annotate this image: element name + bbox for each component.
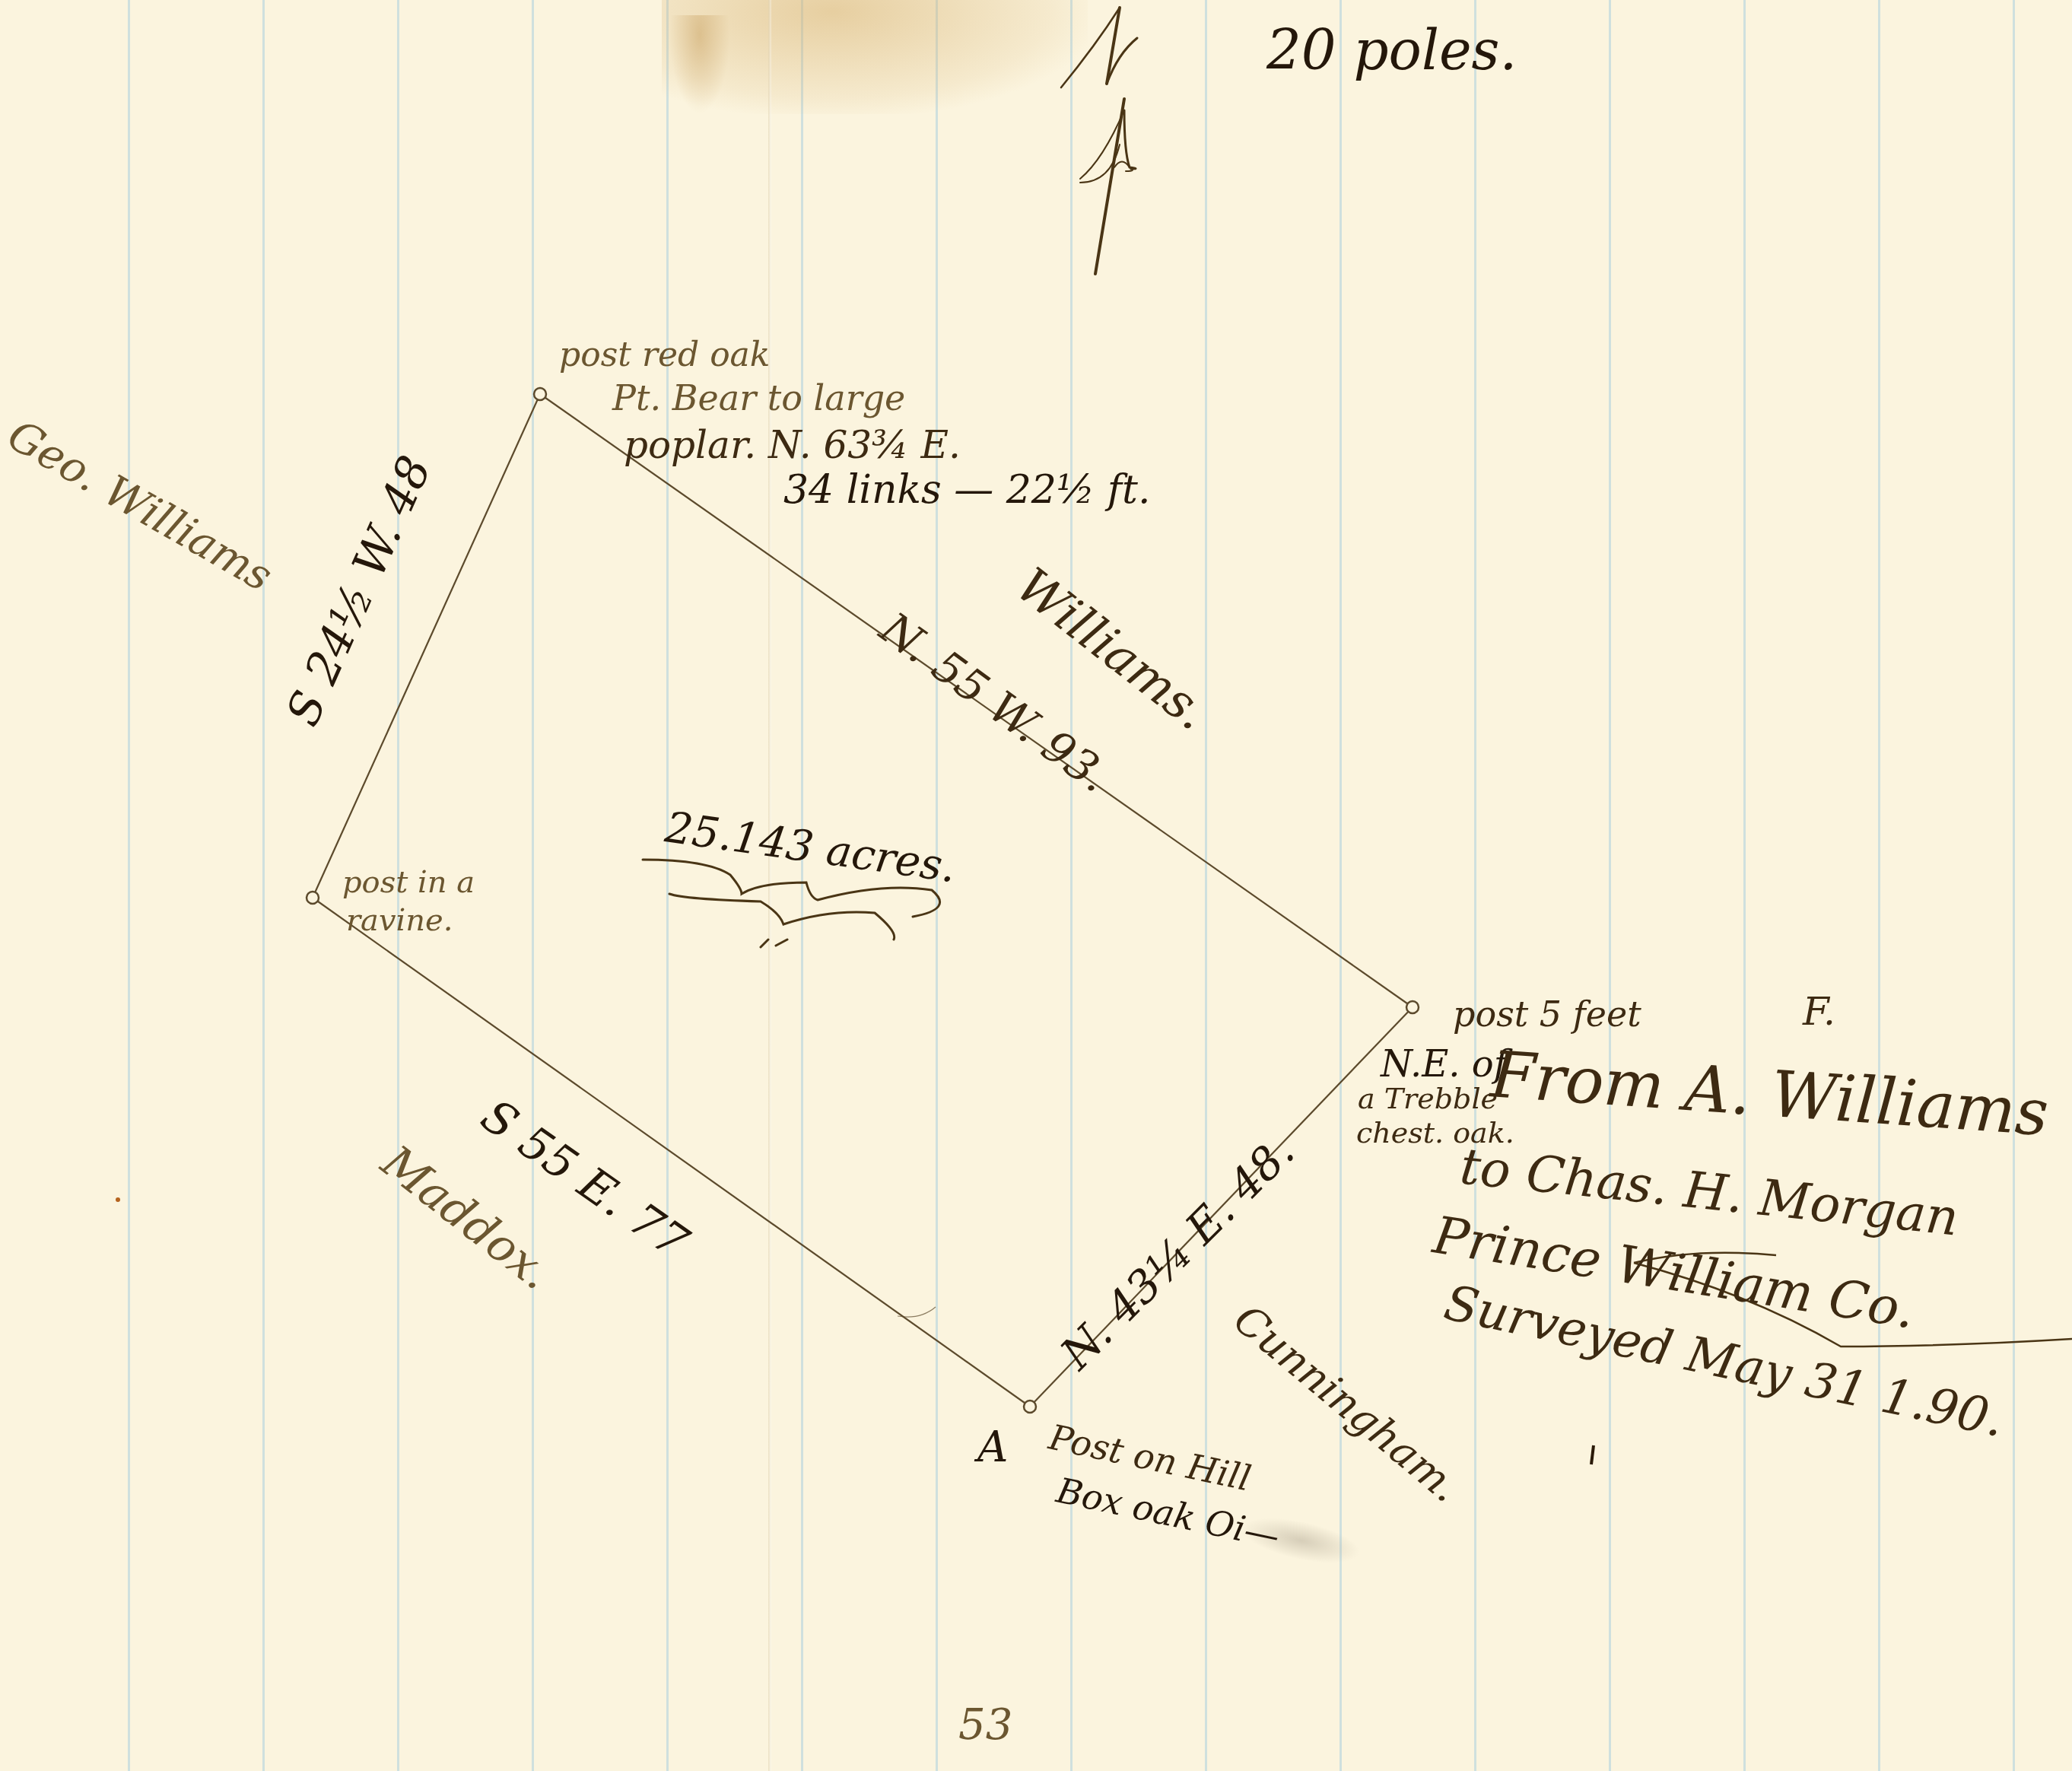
scale-label: 20 poles. bbox=[1266, 23, 1517, 78]
corner-east-desc-line2: N.E. of bbox=[1381, 1046, 1507, 1083]
corner-west-desc-line2: ravine. bbox=[346, 905, 453, 936]
corner-north-desc-line3: poplar. N. 63¾ E. bbox=[624, 426, 961, 464]
corner-south-marker bbox=[1024, 1401, 1036, 1413]
corner-west-marker bbox=[307, 892, 319, 904]
stray-dot bbox=[116, 1197, 120, 1202]
corner-north-desc-line1: post red oak bbox=[559, 339, 771, 372]
title-stray-mark: F. bbox=[1803, 993, 1835, 1031]
survey-document: 20 poles. post red oak Pt. Bear to large… bbox=[0, 0, 2072, 1771]
north-arrow-icon bbox=[1061, 8, 1137, 274]
plat-drawing bbox=[0, 0, 2072, 1771]
page-number: 53 bbox=[958, 1704, 1012, 1747]
corner-north-marker bbox=[534, 388, 546, 400]
corner-north-desc-line2: Pt. Bear to large bbox=[612, 380, 905, 415]
corner-south-label: A bbox=[977, 1426, 1008, 1469]
corner-east-desc-line1: post 5 feet bbox=[1453, 997, 1641, 1032]
stray-tick-mark bbox=[1591, 1445, 1594, 1464]
corner-west-desc-line1: post in a bbox=[342, 867, 475, 898]
corner-north-desc-line4: 34 links — 22½ ft. bbox=[783, 470, 1150, 510]
corner-east-desc-line3: a Trebble bbox=[1358, 1084, 1498, 1113]
corner-east-marker bbox=[1406, 1001, 1419, 1013]
